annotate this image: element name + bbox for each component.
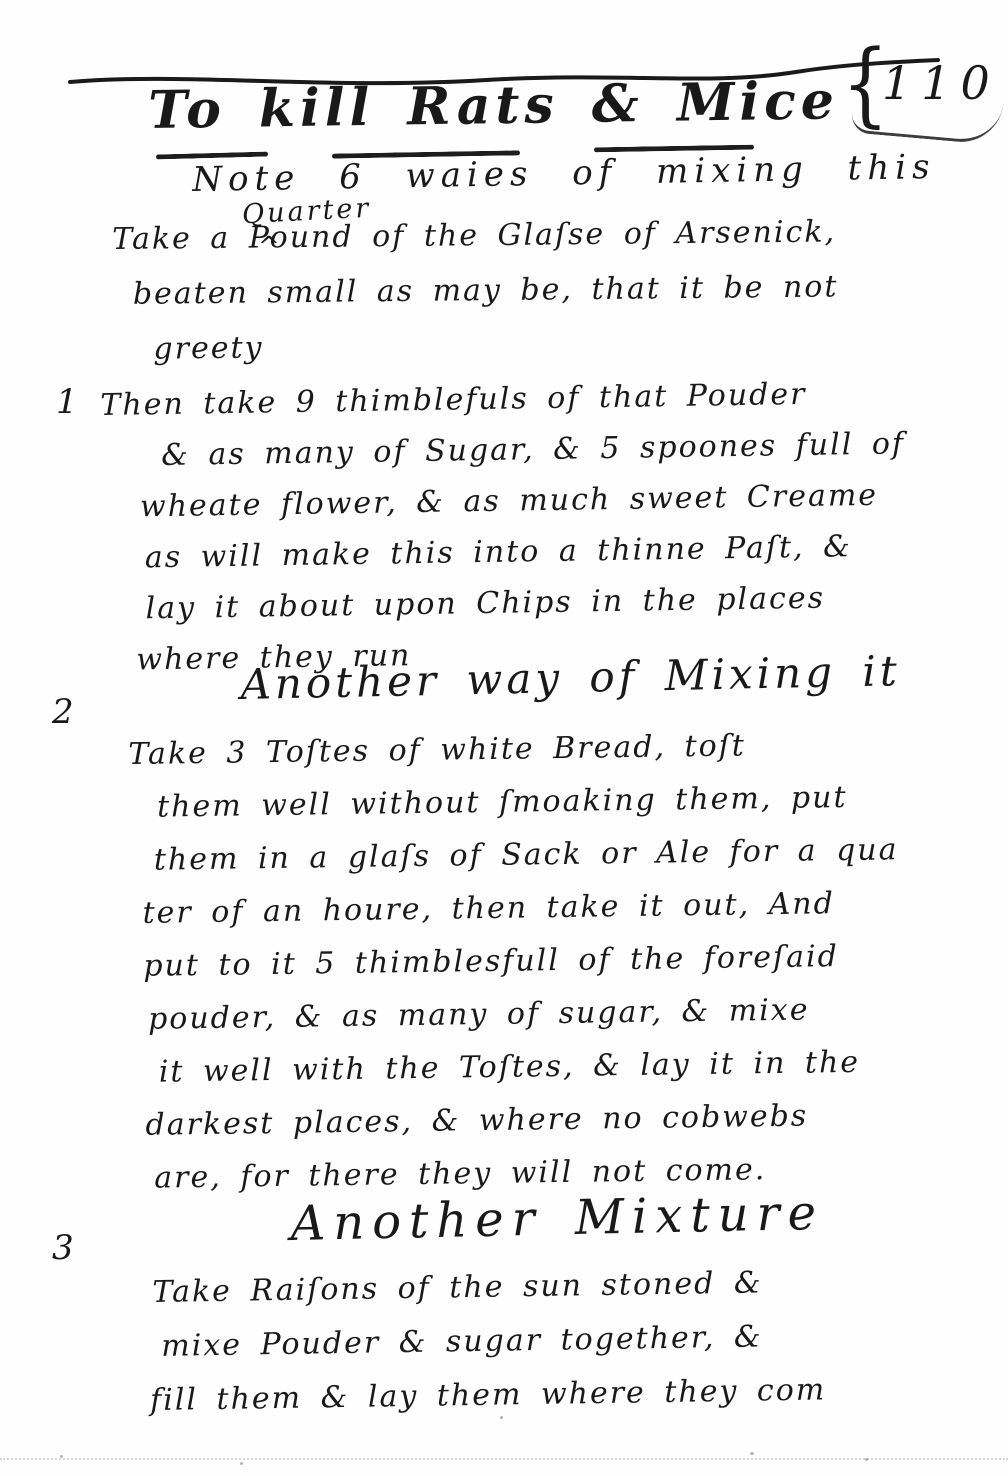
intro-line: Take a Pound of the Glaſse of Arsenick,	[112, 204, 838, 267]
intro-line: beaten small as may be, that it be not	[133, 259, 839, 321]
recipe-line: fill them & lay them where they com	[150, 1363, 827, 1428]
recipe-paragraph-1: Then take 9 thimblefuls of that Pouder &…	[100, 367, 909, 686]
scan-noise	[500, 1416, 503, 1419]
margin-number-3: 3	[52, 1228, 74, 1268]
scan-noise	[240, 1462, 243, 1465]
recipe-paragraph-3: Take Raiſons of the sun stoned & mixe Po…	[152, 1255, 827, 1428]
intro-line: greety	[153, 314, 839, 376]
margin-number-1: 1	[56, 382, 78, 422]
scan-noise	[60, 1455, 63, 1458]
scan-noise	[0, 1458, 1008, 1460]
intro-paragraph: Take a Pound of the Glaſse of Arsenick, …	[112, 204, 839, 377]
recipe-title: To kill Rats & Mice	[148, 70, 839, 141]
scan-noise	[865, 1458, 868, 1461]
manuscript-page: { 110 To kill Rats & Mice Note 6 waies o…	[0, 0, 1008, 1476]
note-line: Note 6 waies of mixing this	[192, 147, 936, 200]
section-heading: Another Mixture	[290, 1185, 824, 1252]
recipe-paragraph-2: Take 3 Toſtes of white Bread, toſt them …	[128, 717, 903, 1205]
margin-number-2: 2	[52, 692, 74, 732]
scan-noise	[750, 1452, 754, 1455]
recipe-line: darkest places, & where no cobwebs	[145, 1088, 902, 1152]
